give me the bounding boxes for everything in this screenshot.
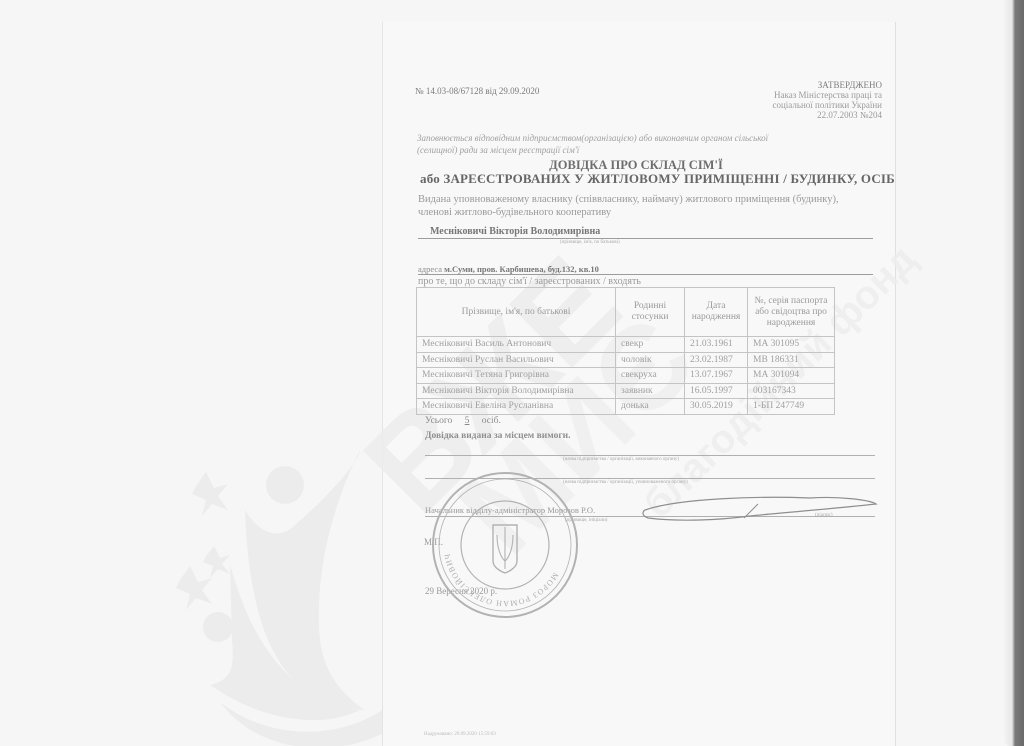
total-suffix: осіб. bbox=[482, 416, 501, 426]
cell-document: МА 301094 bbox=[748, 368, 835, 384]
org-caption: (назва підприємства / організації, викон… bbox=[563, 457, 679, 462]
table-row: Месніковичі Евеліна Русланівнадонька30.0… bbox=[417, 399, 835, 415]
cell-birthdate: 21.03.1961 bbox=[685, 337, 748, 353]
intro-text: про те, що до складу сім'ї / зареєстрова… bbox=[418, 276, 641, 287]
owner-name: Месніковичі Вікторія Володимирівна bbox=[430, 226, 600, 237]
cell-birthdate: 13.07.1967 bbox=[685, 368, 748, 384]
header-name: Прізвище, ім'я, по батькові bbox=[417, 288, 616, 337]
document-subtitle: або ЗАРЕЄСТРОВАНИХ У ЖИТЛОВОМУ ПРИМІЩЕНН… bbox=[420, 171, 895, 187]
cell-name: Месніковичі Тетяна Григорівна bbox=[417, 368, 616, 384]
total-label: Усього bbox=[425, 416, 452, 426]
printed-footer: Надруковано: 29.09.2020 15:59:03 bbox=[424, 732, 496, 737]
approved-heading: ЗАТВЕРДЖЕНО bbox=[772, 80, 882, 90]
approved-line: 22.07.2003 №204 bbox=[772, 110, 882, 120]
address-value: м.Суми, пров. Карбишева, буд.132, кв.10 bbox=[444, 264, 599, 274]
cell-birthdate: 30.05.2019 bbox=[685, 399, 748, 415]
owner-caption: (прізвище, ім'я, по батькові) bbox=[560, 240, 620, 245]
cell-relation: свекруха bbox=[616, 368, 685, 384]
instruction-note-line: (селищної) ради за місцем реєстрації сім… bbox=[417, 144, 768, 156]
scanner-edge bbox=[1004, 0, 1024, 746]
cell-name: Месніковичі Евеліна Русланівна bbox=[417, 399, 616, 415]
cell-relation: донька bbox=[616, 399, 685, 415]
header-relation: Родинні стосунки bbox=[616, 288, 685, 337]
address-line: адреса м.Суми, пров. Карбишева, буд.132,… bbox=[418, 264, 599, 274]
cell-name: Месніковичі Вікторія Володимирівна bbox=[417, 383, 616, 399]
issued-to-line: членові житлово-будівельного кооперативу bbox=[418, 206, 839, 219]
cell-document: 1-БП 247749 bbox=[748, 399, 835, 415]
cell-birthdate: 23.02.1987 bbox=[685, 352, 748, 368]
issued-to-line: Видана уповноваженому власнику (співвлас… bbox=[418, 193, 839, 206]
total-line: Усього 5 осіб. bbox=[425, 416, 501, 426]
address-underline bbox=[418, 274, 873, 275]
issued-place: Довідка видана за місцем вимоги. bbox=[425, 431, 571, 441]
cell-document: МВ 186331 bbox=[748, 352, 835, 368]
instruction-note-line: Заповнюється відповідним підприємством(о… bbox=[417, 132, 768, 144]
signature-icon bbox=[640, 490, 880, 530]
cell-name: Месніковичі Василь Антонович bbox=[417, 337, 616, 353]
total-count: 5 bbox=[455, 416, 480, 426]
family-members-table: Прізвище, ім'я, по батькові Родинні стос… bbox=[416, 287, 835, 415]
table-row: Месніковичі Вікторія Володимирівназаявни… bbox=[417, 383, 835, 399]
header-document: №, серія паспорта або свідоцтва про наро… bbox=[748, 288, 835, 337]
cell-relation: чоловік bbox=[616, 352, 685, 368]
cell-name: Месніковичі Руслан Васильович bbox=[417, 352, 616, 368]
cell-relation: заявник bbox=[616, 383, 685, 399]
table-row: Месніковичі Василь Антоновичсвекр21.03.1… bbox=[417, 337, 835, 353]
official-stamp-icon: МОРОЗ РОМАН ОЛЕКСІЙОВИЧ bbox=[425, 465, 585, 625]
org-line bbox=[425, 455, 875, 456]
approved-line: Наказ Міністерства праці та bbox=[772, 90, 882, 100]
approved-block: ЗАТВЕРДЖЕНО Наказ Міністерства праці та … bbox=[772, 80, 882, 120]
table-row: Месніковичі Тетяна Григорівнасвекруха13.… bbox=[417, 368, 835, 384]
owner-underline bbox=[418, 238, 873, 239]
cell-document: 003167343 bbox=[748, 383, 835, 399]
cell-document: МА 301095 bbox=[748, 337, 835, 353]
address-label: адреса bbox=[418, 264, 442, 274]
approved-line: соціальної політики України bbox=[772, 100, 882, 110]
document-number: № 14.03-08/67128 від 29.09.2020 bbox=[415, 86, 539, 96]
instruction-note: Заповнюється відповідним підприємством(о… bbox=[417, 132, 768, 156]
table-header-row: Прізвище, ім'я, по батькові Родинні стос… bbox=[417, 288, 835, 337]
header-birthdate: Дата народження bbox=[685, 288, 748, 337]
cell-relation: свекр bbox=[616, 337, 685, 353]
issued-to-text: Видана уповноваженому власнику (співвлас… bbox=[418, 193, 839, 219]
cell-birthdate: 16.05.1997 bbox=[685, 383, 748, 399]
table-row: Месніковичі Руслан Васильовиччоловік23.0… bbox=[417, 352, 835, 368]
